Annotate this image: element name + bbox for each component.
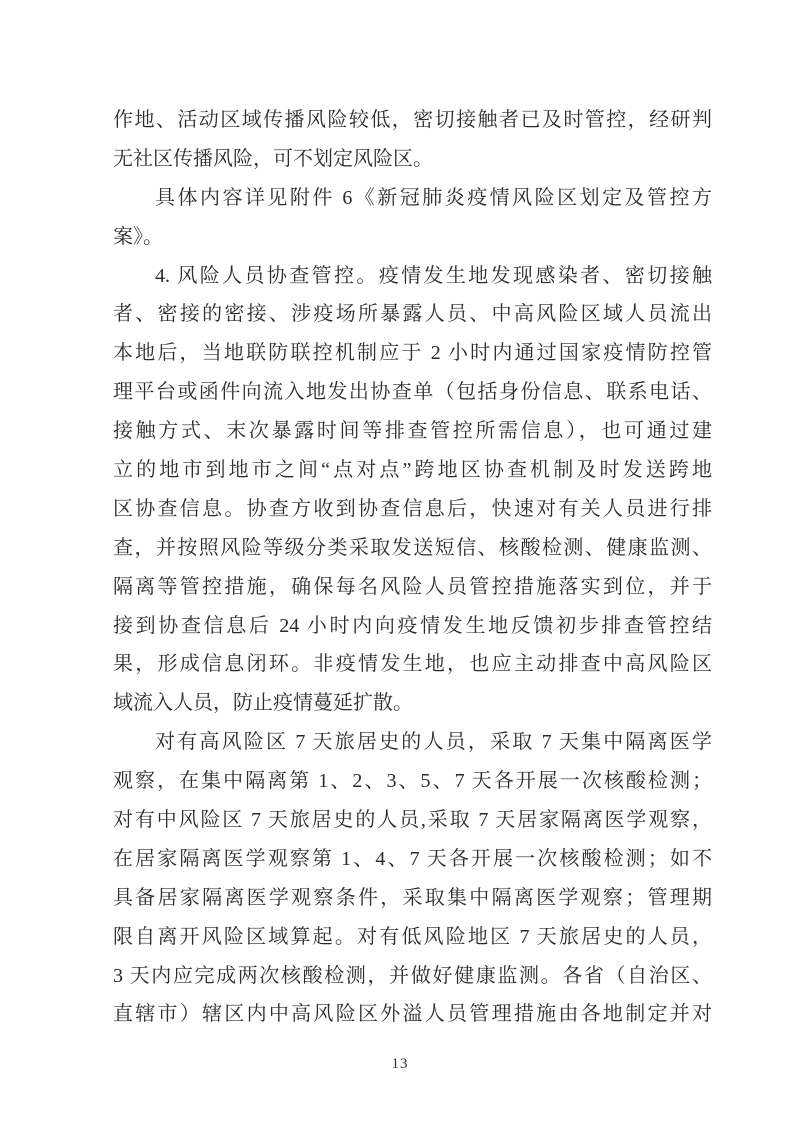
document-page: 作地、活动区域传播风险较低，密切接触者已及时管控，经研判无社区传播风险，可不划定… — [0, 0, 800, 1131]
text-line: 本地后，当地联防联控机制应于 2 小时内通过国家疫情防控管 — [113, 334, 712, 373]
document-text-block: 作地、活动区域传播风险较低，密切接触者已及时管控，经研判无社区传播风险，可不划定… — [113, 101, 712, 1034]
text-line: 区协查信息。协查方收到协查信息后，快速对有关人员进行排 — [113, 490, 712, 529]
text-line: 限自离开风险区域算起。对有低风险地区 7 天旅居史的人员， — [113, 918, 712, 957]
text-line: 接触方式、末次暴露时间等排查管控所需信息），也可通过建 — [113, 412, 712, 451]
text-line: 在居家隔离医学观察第 1、4、7 天各开展一次核酸检测；如不 — [113, 840, 712, 879]
text-line: 者、密接的密接、涉疫场所暴露人员、中高风险区域人员流出 — [113, 295, 712, 334]
text-line: 理平台或函件向流入地发出协查单（包括身份信息、联系电话、 — [113, 373, 712, 412]
text-line: 具备居家隔离医学观察条件，采取集中隔离医学观察；管理期 — [113, 879, 712, 918]
text-line: 对有中风险区 7 天旅居史的人员,采取 7 天居家隔离医学观察， — [113, 801, 712, 840]
text-line: 立的地市到地市之间“点对点”跨地区协查机制及时发送跨地 — [113, 451, 712, 490]
text-line: 直辖市）辖区内中高风险区外溢人员管理措施由各地制定并对 — [113, 995, 712, 1034]
text-line: 3 天内应完成两次核酸检测，并做好健康监测。各省（自治区、 — [113, 957, 712, 996]
text-line: 观察，在集中隔离第 1、2、3、5、7 天各开展一次核酸检测； — [113, 762, 712, 801]
text-line: 对有高风险区 7 天旅居史的人员，采取 7 天集中隔离医学 — [113, 723, 712, 762]
text-line: 案》。 — [113, 218, 712, 257]
text-line: 域流入人员，防止疫情蔓延扩散。 — [113, 684, 712, 723]
text-line: 具体内容详见附件 6《新冠肺炎疫情风险区划定及管控方 — [113, 179, 712, 218]
text-line: 隔离等管控措施，确保每名风险人员管控措施落实到位，并于 — [113, 568, 712, 607]
text-line: 4. 风险人员协查管控。疫情发生地发现感染者、密切接触 — [113, 257, 712, 296]
text-line: 果，形成信息闭环。非疫情发生地，也应主动排查中高风险区 — [113, 645, 712, 684]
text-line: 作地、活动区域传播风险较低，密切接触者已及时管控，经研判 — [113, 101, 712, 140]
page-number: 13 — [0, 1056, 800, 1073]
text-line: 接到协查信息后 24 小时内向疫情发生地反馈初步排查管控结 — [113, 607, 712, 646]
text-line: 无社区传播风险，可不划定风险区。 — [113, 140, 712, 179]
text-line: 查，并按照风险等级分类采取发送短信、核酸检测、健康监测、 — [113, 529, 712, 568]
